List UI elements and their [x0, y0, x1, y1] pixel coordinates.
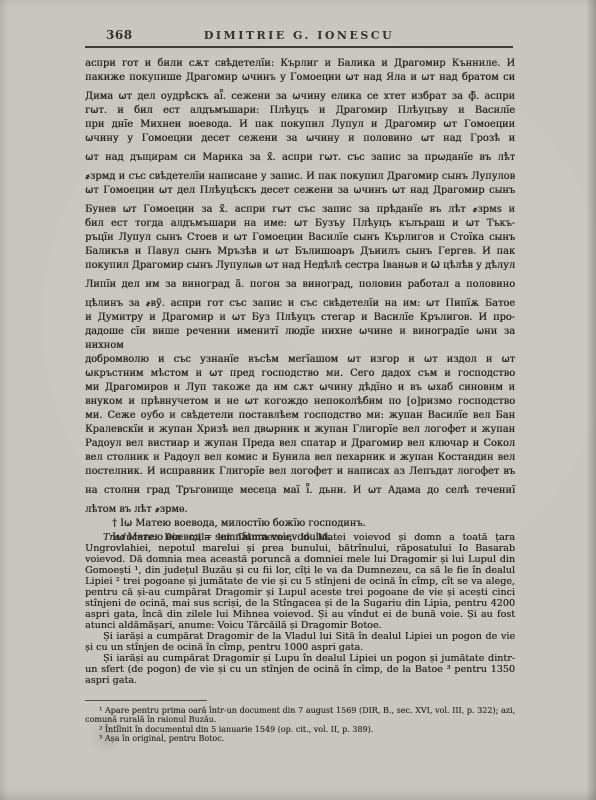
- cyrillic-line: добромволю и със узнанїе въсѣм мегїашом …: [85, 353, 515, 367]
- footnotes: ¹ Apare pentru prima oară într-un docume…: [85, 706, 515, 744]
- cyrillic-line: на столни град Тръговище месеца маї ї̃. …: [85, 484, 515, 498]
- cyrillic-line: ѡчину у Гомоеции десет сежени за ѡчину и…: [85, 132, 515, 146]
- cyrillic-line: Радоул вел вистиар и жупан Преда вел спа…: [85, 437, 515, 451]
- cyrillic-line: дадоше сїи више речении именитї людїе ни…: [85, 325, 515, 353]
- cyrillic-line: гѡт. и бил ест алдъмъшари: Плѣуцъ и Драг…: [85, 104, 515, 118]
- book-page: 368 DIMITRIE G. IONESCU аспри гот и били…: [0, 0, 596, 800]
- translation-paragraph-1-text: Din mila lui Dumnezeu, Io Matei voievod …: [85, 532, 515, 631]
- cyrillic-line: ми Драгомиров и Луп такоже да им сѫт ѡчи…: [85, 381, 515, 395]
- translation-label: Traducere:: [103, 532, 157, 543]
- cyrillic-line: Баликъв и Павул сынъ Мръзѣв и ѡт Бълишоа…: [85, 245, 515, 259]
- footnote-1: ¹ Apare pentru prima oară într-un docume…: [85, 706, 515, 725]
- cyrillic-line: при днїе Михнеи воевода. И пак покупил Л…: [85, 118, 515, 132]
- cyrillic-line: постелник. И исправник Глигорїе вел лого…: [85, 465, 515, 479]
- cyrillic-line: цѣлинъ за ҂ву̃. аспри гот със запис и съ…: [85, 297, 515, 311]
- cyrillic-line: вел столник и Радоул вел комис и Бунила …: [85, 451, 515, 465]
- translation-paragraph-3: Și iarăși au cumpărat Dragomir și Lupu î…: [85, 653, 515, 686]
- cyrillic-line: бил ест тогда алдъмъшари на име: ѡт Бузъ…: [85, 217, 515, 231]
- translation-section: Traducere: Din mila lui Dumnezeu, Io Mat…: [85, 532, 515, 686]
- cyrillic-line: Бунев ѡт Гомоеции за х̃. аспри гѡт със з…: [85, 203, 515, 217]
- running-title: DIMITRIE G. IONESCU: [85, 29, 513, 42]
- page-header: 368 DIMITRIE G. IONESCU: [85, 27, 513, 43]
- cyrillic-line: † Іѡ Матею воевода, милостїю божїю госпо…: [85, 517, 515, 531]
- cyrillic-line: ръцїи Лупул сынъ Стоев и ѡт Гомоеции Вас…: [85, 231, 515, 245]
- cyrillic-document: аспри гот и били сѫт свѣдетелїи: Кърлиг …: [85, 57, 515, 545]
- cyrillic-line: и Думитру и Драгомир и ѡт Буз Плѣуцъ сте…: [85, 311, 515, 325]
- cyrillic-line: ҂зрмд и със свѣдетелїи написане у запис.…: [85, 170, 515, 184]
- translation-paragraph-1: Traducere: Din mila lui Dumnezeu, Io Mat…: [85, 532, 515, 631]
- translation-paragraph-2: Și iarăși a cumpărat Dragomir de la Vlad…: [85, 631, 515, 653]
- cyrillic-line: ѡт Гомоеции ѡт дел Плѣуцѣскъ десет сежен…: [85, 184, 515, 198]
- footnote-rule: [85, 700, 207, 701]
- cyrillic-line: пакиже покупише Драгомир ѡчинъ у Гомоеци…: [85, 71, 515, 85]
- cyrillic-line: аспри гот и били сѫт свѣдетелїи: Кърлиг …: [85, 57, 515, 71]
- cyrillic-line: лѣтом въ лѣт ҂зрмѳ.: [85, 503, 515, 517]
- cyrillic-line: ѡт над дъщирам си Марика за х̃. аспри гѡ…: [85, 151, 515, 165]
- cyrillic-line: ми. Сеже оубо и свѣдетели поставлѣем гос…: [85, 409, 515, 423]
- footnote-2: ² Întîlnit în documentul din 5 ianuarie …: [85, 725, 515, 734]
- cyrillic-line: внуком и прѣвнучетом и не ѡт когождо неп…: [85, 395, 515, 409]
- cyrillic-line: ѡкръстним мѣстом и ѡт пред господство ми…: [85, 367, 515, 381]
- footnote-3: ³ Așa în original, pentru Botoc.: [85, 734, 515, 743]
- cyrillic-line: Дима ѡт дел оудрѣскъ аї̃. сежени за ѡчин…: [85, 90, 515, 104]
- cyrillic-line: Кралевскїи и жупан Хризѣ вел двѡрник и ж…: [85, 423, 515, 437]
- cyrillic-line: покупил Драгомир сынъ Лупулѡв ѡт над Нед…: [85, 259, 515, 273]
- cyrillic-line: Липїи дел им за виноград а̃. погон за ви…: [85, 278, 515, 292]
- header-rule: [85, 46, 513, 48]
